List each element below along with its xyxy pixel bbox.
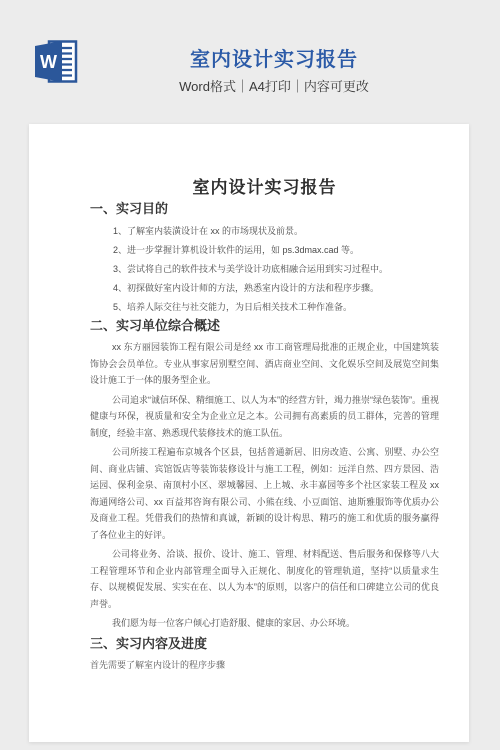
paragraph: 公司所接工程遍布京城各个区县，包括普通新居、旧房改造、公寓、别墅、办公空间、商业…: [90, 444, 439, 543]
word-icon: W: [32, 38, 80, 86]
purpose-list: 1、了解室内装潢设计在 xx 的市场现状及前景。 2、进一步掌握计算机设计软件的…: [90, 222, 439, 317]
list-item: 2、进一步掌握计算机设计软件的运用，如 ps.3dmax.cad 等。: [113, 241, 439, 260]
document-title: 室内设计实习报告: [90, 124, 439, 200]
list-item: 5、培养人际交往与社交能力，为日后相关技术工种作准备。: [113, 298, 439, 317]
svg-text:W: W: [40, 52, 57, 72]
list-item: 1、了解室内装潢设计在 xx 的市场现状及前景。: [113, 222, 439, 241]
paragraph: xx 东方丽园装饰工程有限公司是经 xx 市工商管理局批准的正规企业，中国建筑装…: [90, 339, 439, 389]
paragraph: 公司追求“诚信环保、精细施工、以人为本”的经营方针，竭力推崇“绿色装饰”。重视健…: [90, 392, 439, 442]
section-heading-company: 二、实习单位综合概述: [90, 317, 439, 335]
paragraph: 我们愿为每一位客户倾心打造舒服、健康的家居、办公环境。: [90, 615, 439, 632]
section-heading-purpose: 一、实习目的: [90, 200, 439, 218]
list-item: 4、初探做好室内设计师的方法，熟悉室内设计的方法和程序步骤。: [113, 279, 439, 298]
template-preview: W 室内设计实习报告 Word格式｜A4打印｜内容可更改 室内设计实习报告 一、…: [0, 0, 500, 124]
template-subtitle: Word格式｜A4打印｜内容可更改: [48, 78, 500, 96]
header: W 室内设计实习报告 Word格式｜A4打印｜内容可更改: [0, 0, 500, 124]
paragraph: 首先需要了解室内设计的程序步骤: [90, 657, 439, 674]
document-page: 室内设计实习报告 一、实习目的 1、了解室内装潢设计在 xx 的市场现状及前景。…: [29, 124, 469, 742]
section-heading-content: 三、实习内容及进度: [90, 635, 439, 653]
list-item: 3、尝试将自己的软件技术与美学设计功底相融合运用到实习过程中。: [113, 260, 439, 279]
template-title: 室内设计实习报告: [48, 0, 500, 74]
paragraph: 公司将业务、洽谈、报价、设计、施工、管理、材料配送、售后服务和保修等八大工程管理…: [90, 546, 439, 612]
